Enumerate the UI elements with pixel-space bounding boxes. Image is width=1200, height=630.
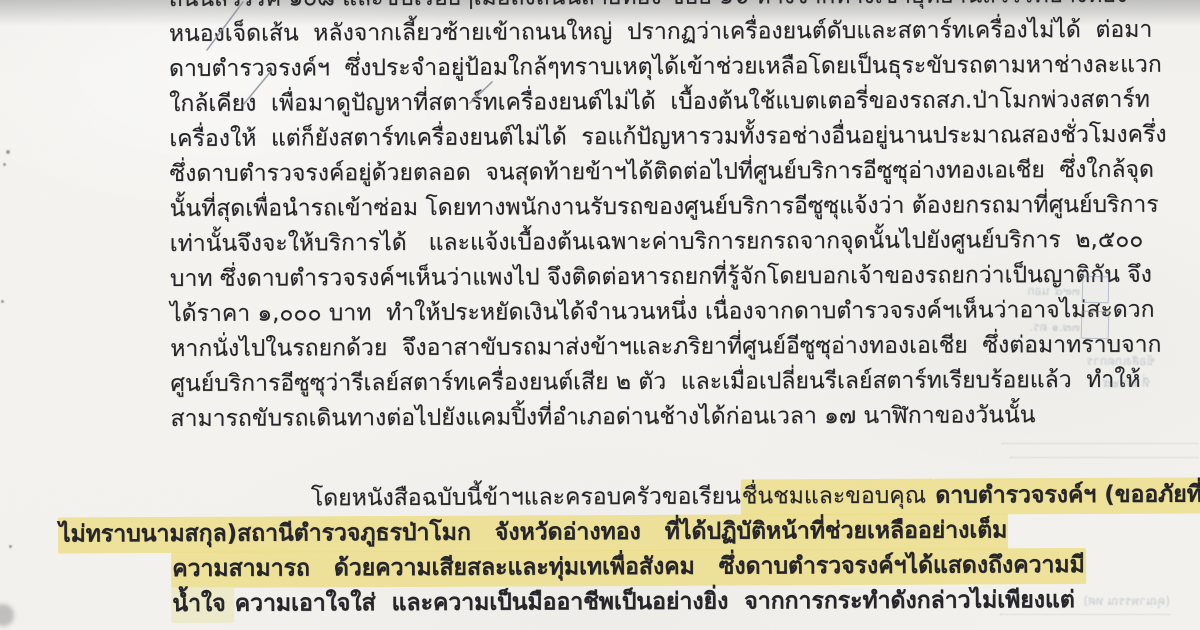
scanned-document-page: ถนนสวรรค์ ๑๐๘ และขับเรื่อยๆเมื่อถึงถนนสา…	[0, 0, 1200, 630]
pen-mark	[470, 82, 492, 103]
pen-mark	[243, 70, 272, 105]
pen-mark	[207, 2, 243, 50]
pen-marks-overlay	[0, 0, 1200, 630]
